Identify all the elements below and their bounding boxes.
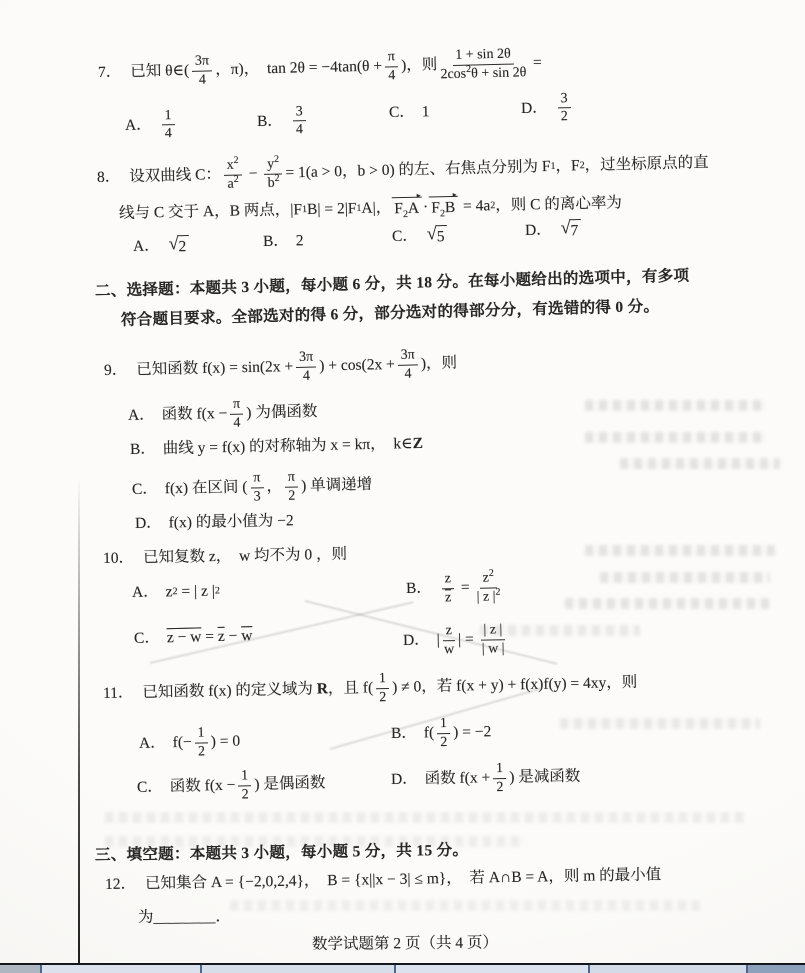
question-10-option-a: A． z2 = | z |2 — [132, 581, 220, 602]
fraction: 34 — [293, 104, 307, 137]
math-text: ，且 f( — [328, 679, 374, 699]
question-8-option-d: D． √7 — [525, 219, 584, 241]
denominator: 2 — [561, 108, 568, 124]
section-2-heading-line1: 二、选择题：本题共 3 小题，每小题 6 分，共 18 分。在每小题给出的选项中… — [95, 266, 690, 301]
math-text: f(x) 在区间 ( — [165, 478, 248, 499]
option-label: D． — [391, 770, 418, 790]
numerator: 1 — [238, 769, 251, 786]
option-label: D． — [403, 631, 430, 651]
option-label: A． — [128, 406, 155, 426]
bleed-through-mark — [560, 718, 760, 729]
math-text: ) 是偶函数 — [254, 774, 325, 795]
math-text: f(x) 的最小值为 −2 — [169, 511, 294, 533]
radical-sign: √ — [168, 234, 178, 252]
bleed-through-mark — [585, 432, 765, 443]
math-text: 已知函数 f(x) = sin(2x + — [136, 357, 293, 380]
question-11-option-b: B． f( 12 ) = −2 — [391, 712, 492, 754]
question-12-number: 12． — [105, 874, 136, 894]
fraction: y2b2 — [264, 157, 283, 191]
question-12-line2-blank: 为________． — [138, 907, 231, 927]
denominator: 2 — [241, 786, 248, 802]
math-text: )，则 — [421, 354, 458, 374]
fraction: 12 — [437, 716, 451, 749]
denominator: 4 — [404, 365, 411, 381]
question-7-option-b: B． 34 — [257, 104, 309, 138]
option-label: B． — [257, 111, 283, 131]
square-root: √2 — [169, 235, 190, 257]
fraction: π4 — [385, 50, 399, 84]
math-text: ， — [266, 477, 282, 497]
fraction: 3π4 — [397, 348, 418, 382]
question-10-option-c: C． z − w = z − w — [134, 626, 253, 648]
math-text: ，则 C 的离心率为 — [495, 193, 622, 215]
math-text: 已知 θ∈( — [130, 61, 189, 82]
question-12-line1: 12． 已知集合 A = {−2,0,2,4}， B = {x||x − 3| … — [105, 865, 662, 894]
option-label: D． — [135, 514, 162, 534]
fraction: zw — [443, 623, 456, 656]
section-2-heading-line2: 符合题目要求。全部选对的得 6 分，部分选对的得部分分，有选错的得 0 分。 — [121, 297, 660, 330]
numerator: π — [385, 50, 398, 67]
question-9-option-d: D． f(x) 的最小值为 −2 — [135, 511, 294, 533]
question-9-number: 9． — [104, 361, 128, 381]
question-7-stem: 7． 已知 θ∈( 3π4 ，π)， tan 2θ = −4tan(θ + π4… — [97, 36, 542, 100]
math-text: ) + cos(2x + — [319, 355, 395, 376]
denominator: | z |2 — [477, 588, 501, 605]
bottom-edge-cell — [394, 965, 588, 973]
math-text: )，则 — [401, 56, 438, 76]
numerator: 3π — [192, 54, 212, 72]
fraction: zz — [442, 572, 455, 605]
question-10-option-b: B． zz = z2| z |2 — [406, 561, 504, 615]
fraction: 3π4 — [296, 350, 317, 384]
denominator: 4 — [199, 71, 206, 87]
superscript: 2 — [233, 155, 238, 166]
math-text: − — [245, 164, 262, 184]
denominator: 2 — [288, 487, 295, 503]
option-label: C． — [134, 628, 160, 648]
denominator: a2 — [227, 175, 239, 191]
math-text: A — [408, 200, 420, 217]
superscript: 2 — [274, 154, 279, 165]
bleed-through-mark — [230, 900, 700, 911]
question-9-option-b: B． 曲线 y = f(x) 的对称轴为 x = kπ， k∈ Z — [130, 434, 423, 460]
fraction: z2| z |2 — [476, 571, 500, 605]
question-7-option-d: D． 32 — [521, 91, 574, 125]
denominator: 4 — [296, 121, 303, 137]
fill-in-blank: 为________． — [138, 907, 231, 927]
numerator: 3 — [293, 104, 306, 121]
fraction: 12 — [238, 769, 252, 803]
vector-notation: F2A — [392, 197, 422, 219]
numerator: 3π — [296, 350, 316, 368]
fraction: x2a2 — [224, 158, 243, 192]
option-label: B． — [263, 232, 289, 252]
question-11-stem: 11． 已知函数 f(x) 的定义域为 R ，且 f( 12 ) ≠ 0，若 f… — [103, 661, 638, 716]
math-text: = — [457, 578, 474, 598]
square-root: √5 — [427, 225, 448, 247]
denominator: 2 — [379, 689, 386, 705]
math-text: ) 是减函数 — [509, 767, 580, 788]
math-text: B — [445, 199, 456, 216]
fraction: 12 — [376, 671, 390, 704]
bottom-edge-cell — [588, 965, 746, 973]
vector-notation: F2B — [429, 196, 458, 218]
question-8-option-c: C． √5 — [392, 225, 450, 247]
question-8-option-b: B． 2 — [263, 231, 304, 251]
option-value: 2 — [296, 231, 304, 251]
math-text: = 1(a > 0，b > 0) 的左、右焦点分别为 F — [285, 157, 551, 183]
option-label: D． — [521, 98, 548, 118]
bleed-through-mark — [105, 812, 745, 823]
numerator: z — [442, 572, 455, 589]
page-fold-line — [78, 478, 80, 967]
math-text: z — [166, 582, 173, 601]
math-text: = | z | — [177, 582, 215, 602]
square-root: √7 — [561, 219, 582, 241]
fraction: π3 — [250, 471, 264, 504]
math-text: 线与 C 交于 A，B 两点，|F — [119, 200, 302, 223]
option-label: D． — [525, 221, 552, 241]
question-11-option-c: C． 函数 f(x − 12 ) 是偶函数 — [137, 763, 326, 808]
section-heading-text: 二、选择题：本题共 3 小题，每小题 6 分，共 18 分。在每小题给出的选项中… — [95, 266, 690, 301]
bottom-edge-cell — [200, 965, 394, 973]
math-text: = — [529, 53, 542, 73]
option-label: A． — [132, 583, 159, 603]
denominator: b2 — [267, 174, 279, 190]
question-7-option-c: C． 1 — [389, 102, 430, 122]
bottom-edge-cell — [746, 965, 805, 973]
math-text: = — [201, 627, 218, 647]
math-text: 已知集合 A = {−2,0,2,4}， B = {x||x − 3| ≤ m}… — [145, 865, 662, 893]
option-label: B． — [130, 439, 156, 459]
fraction: 14 — [161, 108, 175, 141]
bleed-through-mark — [620, 458, 780, 469]
numerator: 1 — [493, 761, 506, 778]
fraction: 12 — [493, 761, 507, 794]
math-text: · — [423, 198, 429, 217]
option-value: 1 — [422, 102, 430, 122]
question-11-option-d: D． 函数 f(x + 12 ) 是减函数 — [391, 757, 581, 800]
radical-sign: √ — [427, 224, 437, 242]
fraction: 3π4 — [192, 54, 213, 88]
denominator: w — [444, 641, 454, 657]
bleed-through-mark — [600, 572, 770, 583]
math-text: F — [431, 199, 440, 216]
math-text: 已知函数 f(x) 的定义域为 — [142, 680, 317, 703]
fraction: π2 — [285, 470, 299, 503]
question-7-number: 7． — [98, 63, 122, 83]
math-text: 设双曲线 C： — [129, 165, 221, 187]
numerator: 1 — [194, 726, 207, 743]
fraction: 12 — [194, 726, 208, 760]
fraction: π4 — [230, 397, 244, 430]
conjugate-expression: z − w — [167, 627, 202, 647]
math-text: ) 为偶函数 — [246, 402, 317, 423]
blackboard-z: Z — [412, 434, 423, 454]
question-8-option-a: A． √2 — [133, 235, 192, 257]
numerator: 1 — [161, 108, 174, 125]
radical-sign: √ — [560, 218, 570, 236]
option-label: A． — [139, 734, 166, 754]
option-label: A． — [125, 115, 152, 135]
denominator: 2 — [440, 734, 447, 750]
superscript: 2 — [234, 173, 239, 184]
question-10-number: 10． — [103, 548, 134, 568]
numerator: 1 — [437, 716, 450, 733]
bleed-through-mark — [585, 545, 775, 556]
bleed-through-mark — [585, 400, 765, 411]
bleed-through-mark — [105, 836, 525, 847]
option-label: C． — [137, 778, 163, 798]
numerator: π — [230, 397, 243, 414]
math-text: θ + sin 2θ — [471, 65, 526, 81]
numerator: 3 — [557, 91, 570, 108]
question-11-option-a: A． f(− 12 ) = 0 — [139, 722, 241, 764]
page-footer: 数学试题第 2 页（共 4 页） — [312, 933, 498, 954]
superscript: 2 — [495, 586, 500, 597]
question-9-option-c: C． f(x) 在区间 ( π3 ， π2 ) 单调递增 — [132, 465, 373, 510]
math-text: f( — [424, 724, 435, 744]
math-text: 函数 f(x − — [161, 404, 227, 425]
math-text: ，F — [555, 157, 580, 177]
exam-page: 7． 已知 θ∈( 3π4 ，π)， tan 2θ = −4tan(θ + π4… — [0, 0, 805, 973]
option-label: C． — [392, 227, 418, 247]
superscript: 2 — [274, 172, 279, 183]
superscript: 2 — [489, 568, 494, 579]
page-number-text: 数学试题第 2 页（共 4 页） — [312, 933, 498, 954]
math-text: ，过坐标原点的直 — [584, 153, 708, 175]
denominator: 2 — [198, 743, 205, 759]
math-text: ) 单调递增 — [301, 475, 372, 496]
denominator: 4 — [165, 125, 172, 141]
radicand: 5 — [436, 225, 448, 247]
fraction: 32 — [557, 91, 571, 124]
question-9-option-a: A． 函数 f(x − π4 ) 为偶函数 — [128, 392, 318, 436]
denominator: 4 — [233, 414, 240, 430]
math-text: 2cos — [440, 66, 466, 82]
bleed-through-mark — [565, 598, 770, 609]
numerator: π — [250, 471, 263, 488]
question-9-stem: 9． 已知函数 f(x) = sin(2x + 3π4 ) + cos(2x +… — [104, 341, 458, 394]
option-label: C． — [389, 103, 415, 123]
math-text: A|， — [361, 198, 391, 218]
denominator-conjugate: z — [445, 589, 451, 605]
option-label: A． — [133, 237, 160, 257]
math-text: f(− — [172, 733, 192, 753]
bleed-through-mark — [480, 625, 640, 636]
question-8-number: 8． — [97, 168, 121, 188]
numerator: 1 + sin 2θ — [452, 47, 514, 65]
option-label: B． — [406, 579, 432, 599]
denominator: 3 — [254, 488, 261, 504]
math-text: 函数 f(x − — [170, 776, 236, 797]
math-text: ，π)， tan 2θ = −4tan(θ + — [215, 57, 382, 80]
denominator: 4 — [388, 67, 395, 83]
numerator: 1 — [376, 671, 389, 688]
denominator: 2cos2θ + sin 2θ — [440, 64, 526, 82]
denominator: 4 — [303, 367, 310, 383]
numerator: 3π — [397, 348, 417, 366]
option-label: C． — [132, 480, 158, 500]
radicand: 7 — [569, 219, 581, 241]
math-text: B| = 2|F — [307, 199, 357, 219]
section-heading-text: 符合题目要求。全部选对的得 6 分，部分选对的得部分分，有选错的得 0 分。 — [121, 297, 660, 330]
denominator: 2 — [496, 779, 503, 795]
conjugate-w: w — [241, 626, 253, 646]
math-text: ) = 0 — [211, 732, 241, 752]
math-text: 已知复数 z， w 均不为 0 ，则 — [143, 545, 347, 568]
math-text: | z | — [477, 589, 496, 604]
question-10-option-d: D． | zw | = | z || w | — [403, 615, 509, 665]
bottom-edge-cell — [0, 965, 40, 973]
blackboard-r: R — [317, 680, 329, 700]
math-text: 函数 f(x + — [425, 769, 491, 790]
bottom-edge-bar — [0, 963, 805, 973]
math-text: = 4a — [459, 196, 491, 216]
question-11-number: 11． — [103, 684, 134, 704]
radicand: 2 — [177, 235, 189, 257]
bottom-edge-cell — [40, 965, 200, 973]
math-text: ) = −2 — [453, 723, 491, 743]
question-10-stem: 10． 已知复数 z， w 均不为 0 ，则 — [103, 545, 347, 569]
question-7-option-a: A． 14 — [125, 108, 178, 142]
fraction: 1 + sin 2θ2cos2θ + sin 2θ — [440, 47, 527, 82]
numerator: π — [285, 470, 298, 487]
math-text: 曲线 y = f(x) 的对称轴为 x = kπ， k∈ — [163, 434, 413, 459]
math-text: F — [394, 200, 403, 217]
